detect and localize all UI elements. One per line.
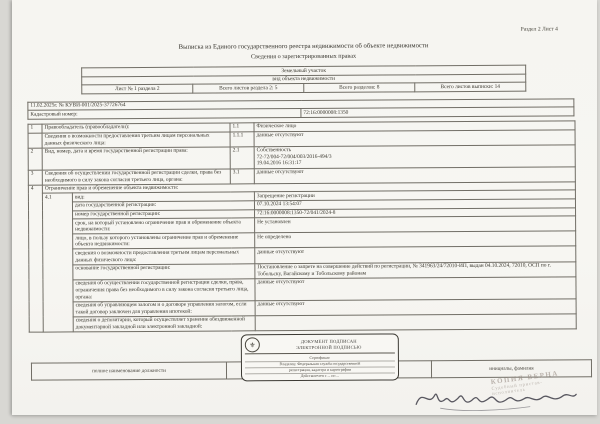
row-subnumber: 2.1 bbox=[230, 147, 254, 169]
row-number bbox=[28, 133, 42, 148]
request-info-table: 11.02.2025г. № КУВИ-001/2025-37726764 Ка… bbox=[27, 98, 574, 120]
row-number: 2 bbox=[28, 148, 42, 170]
row-subnumber: 3.1 bbox=[230, 168, 254, 183]
page-subtitle: Сведения о зарегистрированных правах bbox=[11, 51, 596, 62]
sheet-cell: Всего листов выписки: 14 bbox=[415, 82, 526, 91]
stamp-title-line2: ЭЛЕКТРОННОЙ ПОДПИСЬЮ bbox=[263, 344, 395, 350]
page-title: Выписка из Единого государственного реес… bbox=[11, 41, 596, 52]
rights-table: 1 Правообладатель (правообладатели): 1.1… bbox=[27, 120, 576, 332]
position-caption: полное наименование должности bbox=[31, 362, 226, 380]
row-value bbox=[255, 314, 576, 331]
row-label: сведения о возможности предоставления тр… bbox=[73, 248, 255, 264]
handwritten-signature bbox=[410, 377, 580, 414]
row-subnumber: 1.1.1 bbox=[230, 131, 254, 146]
row-label: срок, на который установлено ограничение… bbox=[73, 218, 255, 234]
row-label: Сведения о возможности предоставления тр… bbox=[42, 132, 230, 148]
sheet-cell: Всего листов раздела 2: 5 bbox=[193, 84, 304, 93]
row-number: 4 bbox=[28, 185, 43, 332]
stamp-valid-line: Действителен с ... по ... bbox=[245, 374, 395, 380]
row-label: сведения о депозитарии, который осуществ… bbox=[73, 316, 255, 332]
row-number: 1 bbox=[28, 124, 42, 133]
sheet-cell: Всего разделов: 8 bbox=[304, 83, 415, 92]
row-label: основание государственной регистрации: bbox=[73, 263, 255, 279]
row-value: данные отсутствуют bbox=[255, 277, 576, 301]
sheet-cell: Лист № 1 раздела 2 bbox=[82, 84, 193, 93]
row-number: 3 bbox=[28, 170, 42, 185]
row-label: Вид, номер, дата и время государственной… bbox=[42, 147, 230, 170]
scanned-page: Раздел 2 Лист 4 Выписка из Единого госуд… bbox=[12, 0, 597, 415]
page-content: Раздел 2 Лист 4 Выписка из Единого госуд… bbox=[11, 0, 599, 417]
cadastral-number: 72:16:0000008:1350 bbox=[301, 107, 574, 117]
object-info-table: Земельный участок вид объекта недвижимос… bbox=[81, 65, 526, 94]
row-label: лицо, в пользу которого установлены огра… bbox=[73, 233, 255, 249]
row-label: сведения об управляющем залогом и о дого… bbox=[73, 300, 255, 316]
section-sheet-label: Раздел 2 Лист 4 bbox=[11, 26, 596, 36]
row-label: сведения об осуществлении государственно… bbox=[73, 279, 255, 302]
cadastral-label: Кадастровый номер: bbox=[28, 109, 301, 119]
row-label: Сведения об осуществлении государственно… bbox=[42, 168, 230, 184]
row-subnumber: 1.1 bbox=[230, 123, 254, 132]
digital-signature-stamp: ⚜ ДОКУМЕНТ ПОДПИСАН ЭЛЕКТРОННОЙ ПОДПИСЬЮ… bbox=[241, 333, 399, 381]
section4-subnumber: 4.1 bbox=[42, 193, 73, 332]
row-value: Собственность 72-72/004-72/004/003/2016-… bbox=[254, 145, 575, 169]
coat-of-arms-icon: ⚜ bbox=[245, 337, 260, 352]
